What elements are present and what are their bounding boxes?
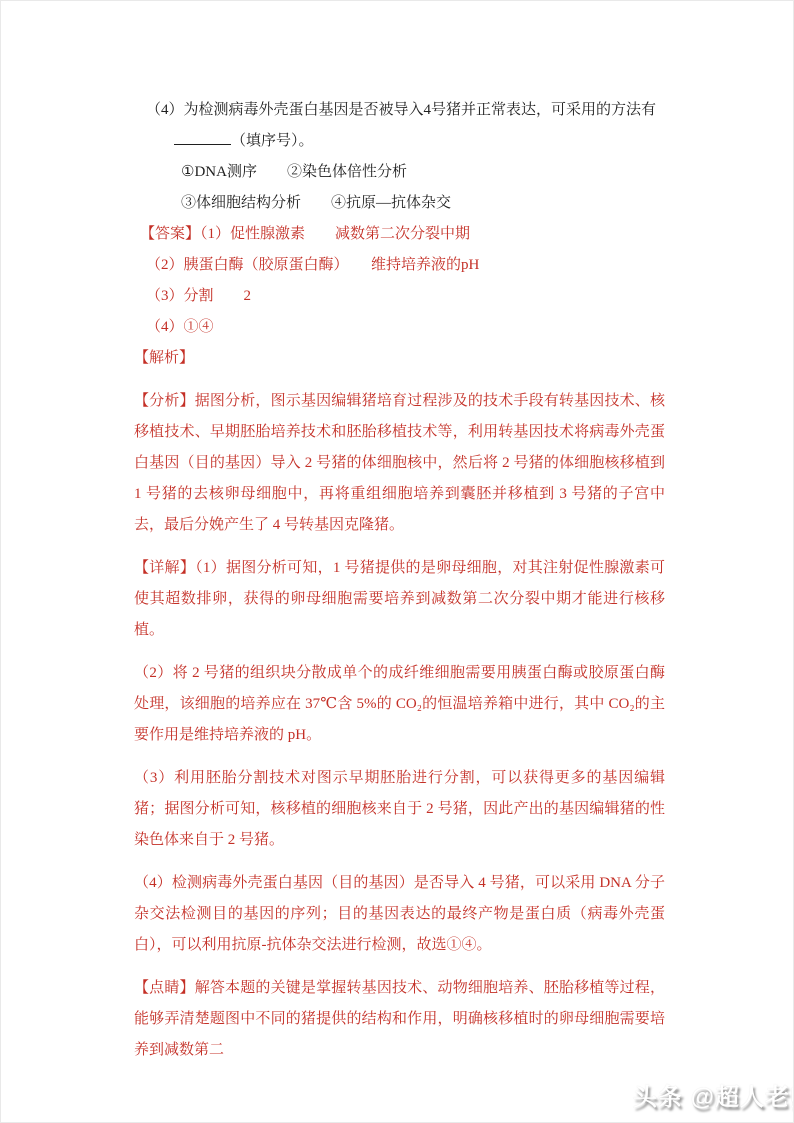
paragraph-detail-2: （2）将 2 号猪的组织块分散成单个的成纤维细胞需要用胰蛋白酶或胶原蛋白酶处理，…	[134, 658, 665, 751]
document-body: （4）为检测病毒外壳蛋白基因是否被导入4号猪并正常表达，可采用的方法有 （填序号…	[134, 95, 665, 1066]
answer-item-4: （4）①④	[146, 312, 665, 343]
answer-line-1: 【答案】（1）促性腺激素 减数第二次分裂中期	[140, 219, 665, 250]
answer-item-1: （1）促性腺激素 减数第二次分裂中期	[200, 226, 470, 242]
question-blank-line: （填序号）。	[174, 126, 665, 157]
document-page: （4）为检测病毒外壳蛋白基因是否被导入4号猪并正常表达，可采用的方法有 （填序号…	[0, 0, 794, 1123]
option-row-2: ③体细胞结构分析 ④抗原—抗体杂交	[181, 188, 665, 219]
paragraph-detail-3: （3）利用胚胎分割技术对图示早期胚胎进行分割，可以获得更多的基因编辑猪；据图分析…	[134, 763, 665, 856]
question-stem: （4）为检测病毒外壳蛋白基因是否被导入4号猪并正常表达，可采用的方法有	[146, 95, 665, 126]
section-label-explanation: 【解析】	[134, 343, 665, 374]
paragraph-detail-1: 【详解】（1）据图分析可知，1 号猪提供的是卵母细胞，对其注射促性腺激素可使其超…	[134, 553, 665, 646]
paragraph-analysis: 【分析】据图分析，图示基因编辑猪培育过程涉及的技术手段有转基因技术、核移植技术、…	[134, 386, 665, 541]
option-row-1: ①DNA测序 ②染色体倍性分析	[181, 157, 665, 188]
paragraph-key-point: 【点睛】解答本题的关键是掌握转基因技术、动物细胞培养、胚胎移植等过程，能够弄清楚…	[134, 973, 665, 1066]
fill-in-blank	[174, 131, 231, 145]
answer-item-2: （2）胰蛋白酶（胶原蛋白酶） 维持培养液的pH	[146, 250, 665, 281]
fill-in-blank-label: （填序号）。	[231, 133, 314, 149]
answer-item-3: （3）分割 2	[146, 281, 665, 312]
paragraph-detail-4: （4）检测病毒外壳蛋白基因（目的基因）是否导入 4 号猪，可以采用 DNA 分子…	[134, 868, 665, 961]
answer-label: 【答案】	[140, 226, 200, 242]
watermark: 头条 @超人老师	[633, 1077, 794, 1112]
